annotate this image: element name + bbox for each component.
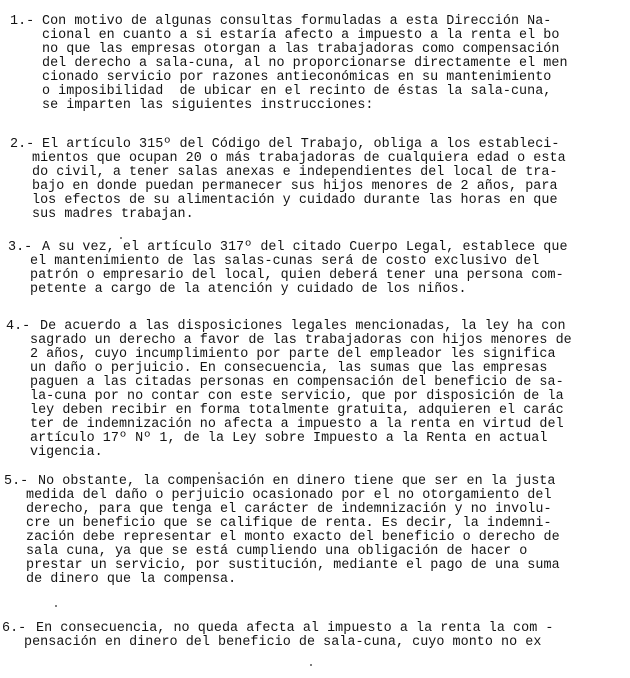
paragraph-number: 5.- <box>4 475 28 489</box>
paragraph-line: ter de indemnización no afecta a impuest… <box>30 418 564 432</box>
paragraph-line: cre un beneficio que se califique de ren… <box>26 517 552 531</box>
paper-speck <box>120 237 122 239</box>
paragraph-line: En consecuencia, no queda afecta al impu… <box>36 622 553 636</box>
paragraph-number: 6.- <box>2 622 26 636</box>
paragraph-line: cionado servicio por razones antieconómi… <box>42 71 551 85</box>
paragraph-line: El artículo 315º del Código del Trabajo,… <box>42 138 559 152</box>
paragraph-line: del derecho a sala-cuna, al no proporcio… <box>42 57 568 71</box>
paragraph-line: el mantenimiento de las salas-cunas será… <box>30 255 539 269</box>
paragraph-line: 2 años, cuyo incumplimiento por parte de… <box>30 348 556 362</box>
paragraph-line: sagrado un derecho a favor de las trabaj… <box>30 334 572 348</box>
paper-speck <box>310 664 312 666</box>
paragraph-line: o imposibilidad de ubicar en el recinto … <box>42 85 551 99</box>
paragraph-line: no que las empresas otorgan a las trabaj… <box>42 43 559 57</box>
typewritten-document-page: 1.- Con motivo de algunas consultas form… <box>0 0 630 678</box>
paragraph-line: un daño o perjuicio. En consecuencia, la… <box>30 362 547 376</box>
paragraph-line: patrón o empresario del local, quien deb… <box>30 269 564 283</box>
paragraph-line: prestar un servicio, por sustitución, me… <box>26 559 560 573</box>
paragraph-number: 4.- <box>6 320 30 334</box>
paragraph-line: pensación en dinero del beneficio de sal… <box>24 636 541 650</box>
paragraph-line: cional en cuanto a si estaría afecto a i… <box>42 29 559 43</box>
paper-speck <box>218 472 220 474</box>
paragraph-line: vigencia. <box>30 446 103 460</box>
paragraph-number: 3.- <box>8 241 32 255</box>
paragraph-line: do civil, a tener salas anexas e indepen… <box>32 166 558 180</box>
paragraph-line: No obstante, la compensación en dinero t… <box>38 475 555 489</box>
paragraph-number: 1.- <box>10 15 34 29</box>
paragraph-line: artículo 17º Nº 1, de la Ley sobre Impue… <box>30 432 547 446</box>
paragraph-line: bajo en donde puedan permanecer sus hijo… <box>32 180 558 194</box>
paragraph-line: la-cuna por no contar con este servicio,… <box>30 390 564 404</box>
paragraph-line: ley deben recibir en forma totalmente gr… <box>30 404 564 418</box>
paragraph-line: los efectos de su alimentación y cuidado… <box>32 194 558 208</box>
paragraph-line: Con motivo de algunas consultas formulad… <box>42 15 551 29</box>
paragraph-line: paguen a las citadas personas en compens… <box>30 376 564 390</box>
paragraph-line: petente a cargo de la atención y cuidado… <box>30 283 467 297</box>
paragraph-line: sala cuna, ya que se está cumpliendo una… <box>26 545 527 559</box>
paragraph-line: derecho, para que tenga el carácter de i… <box>26 503 552 517</box>
paragraph-line: mientos que ocupan 20 o más trabajadoras… <box>32 152 566 166</box>
paragraph-number: 2.- <box>10 138 34 152</box>
paragraph-line: De acuerdo a las disposiciones legales m… <box>40 320 566 334</box>
paragraph-line: de dinero que la compensa. <box>26 573 236 587</box>
paragraph-line: medida del daño o perjuicio ocasionado p… <box>26 489 552 503</box>
paragraph-line: sus madres trabajan. <box>32 208 194 222</box>
paper-speck <box>55 605 57 607</box>
paragraph-line: A su vez, el artículo 317º del citado Cu… <box>42 241 568 255</box>
paragraph-line: se imparten las siguientes instrucciones… <box>42 99 374 113</box>
paragraph-line: zación debe representar el monto exacto … <box>26 531 560 545</box>
